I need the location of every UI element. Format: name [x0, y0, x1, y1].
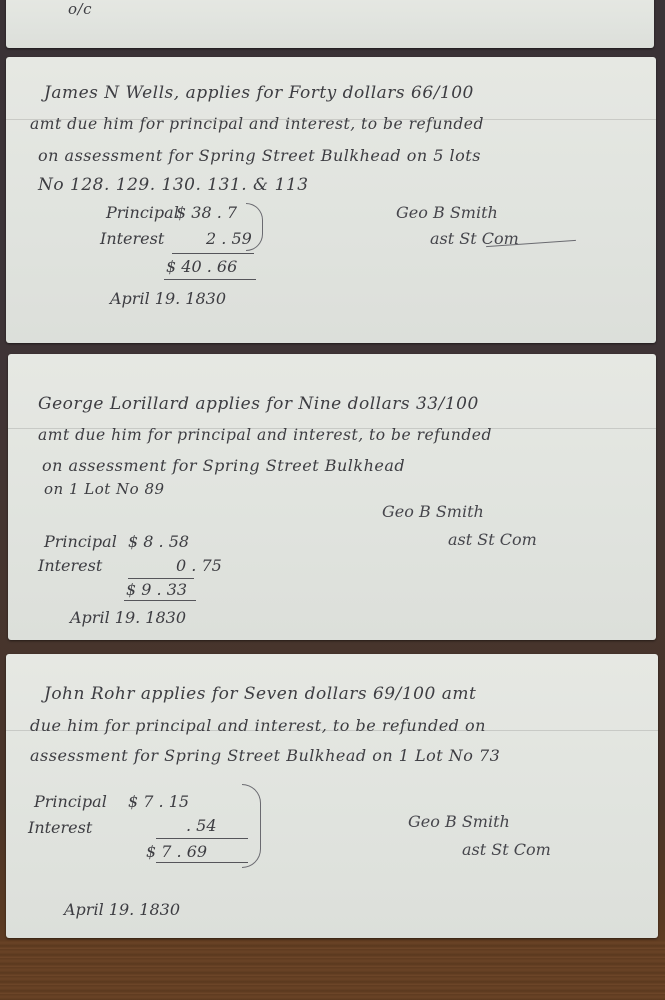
total-underline	[156, 862, 248, 863]
principal-label: Principal	[34, 792, 107, 811]
slip-james-wells: James N Wells, applies for Forty dollars…	[6, 57, 656, 343]
body-line-3: on assessment for Spring Street Bulkhead…	[38, 146, 481, 165]
signature-name: Geo B Smith	[408, 812, 510, 831]
signature-title: ast St Com	[448, 530, 537, 549]
signature-name: Geo B Smith	[382, 502, 484, 521]
total-underline	[164, 279, 256, 280]
interest-label: Interest	[38, 556, 102, 575]
date: April 19. 1830	[70, 608, 186, 627]
top-slip-text: o/c	[68, 0, 92, 18]
body-line-4: No 128. 129. 130. 131. & 113	[38, 175, 309, 195]
principal-value: $ 8 . 58	[128, 532, 189, 551]
body-line-3: assessment for Spring Street Bulkhead on…	[30, 746, 500, 765]
slip-john-rohr: John Rohr applies for Seven dollars 69/1…	[6, 654, 658, 938]
sum-rule	[172, 253, 254, 254]
body-line-1: John Rohr applies for Seven dollars 69/1…	[44, 684, 476, 704]
sum-rule	[156, 838, 248, 839]
date: April 19. 1830	[64, 900, 180, 919]
signature-title: ast St Com	[462, 840, 551, 859]
body-line-2: amt due him for principal and interest, …	[38, 426, 492, 444]
principal-label: Principal	[106, 203, 179, 222]
body-line-1: George Lorillard applies for Nine dollar…	[38, 394, 479, 414]
date: April 19. 1830	[110, 289, 226, 308]
bracket	[246, 203, 263, 251]
slip-george-lorillard: George Lorillard applies for Nine dollar…	[8, 354, 656, 640]
principal-label: Principal	[44, 532, 117, 551]
body-line-3: on assessment for Spring Street Bulkhead	[42, 456, 405, 475]
signature-name: Geo B Smith	[396, 203, 498, 222]
principal-value: $ 38 . 7	[176, 203, 237, 222]
total-value: $ 40 . 66	[166, 257, 237, 276]
total-value: $ 9 . 33	[126, 580, 187, 599]
body-line-1: James N Wells, applies for Forty dollars…	[44, 83, 474, 103]
wooden-table-surface	[0, 940, 665, 1000]
body-line-2: amt due him for principal and interest, …	[30, 115, 484, 133]
interest-label: Interest	[100, 229, 164, 248]
sum-rule	[128, 578, 194, 579]
total-underline	[124, 600, 196, 601]
top-partial-slip: o/c	[6, 0, 654, 48]
interest-value: . 54	[186, 816, 217, 835]
interest-label: Interest	[28, 818, 92, 837]
interest-value: 0 . 75	[176, 556, 222, 575]
body-line-4: on 1 Lot No 89	[44, 480, 165, 498]
total-value: $ 7 . 69	[146, 842, 207, 861]
principal-value: $ 7 . 15	[128, 792, 189, 811]
interest-value: 2 . 59	[206, 229, 252, 248]
bracket	[242, 784, 261, 868]
body-line-2: due him for principal and interest, to b…	[30, 716, 486, 735]
